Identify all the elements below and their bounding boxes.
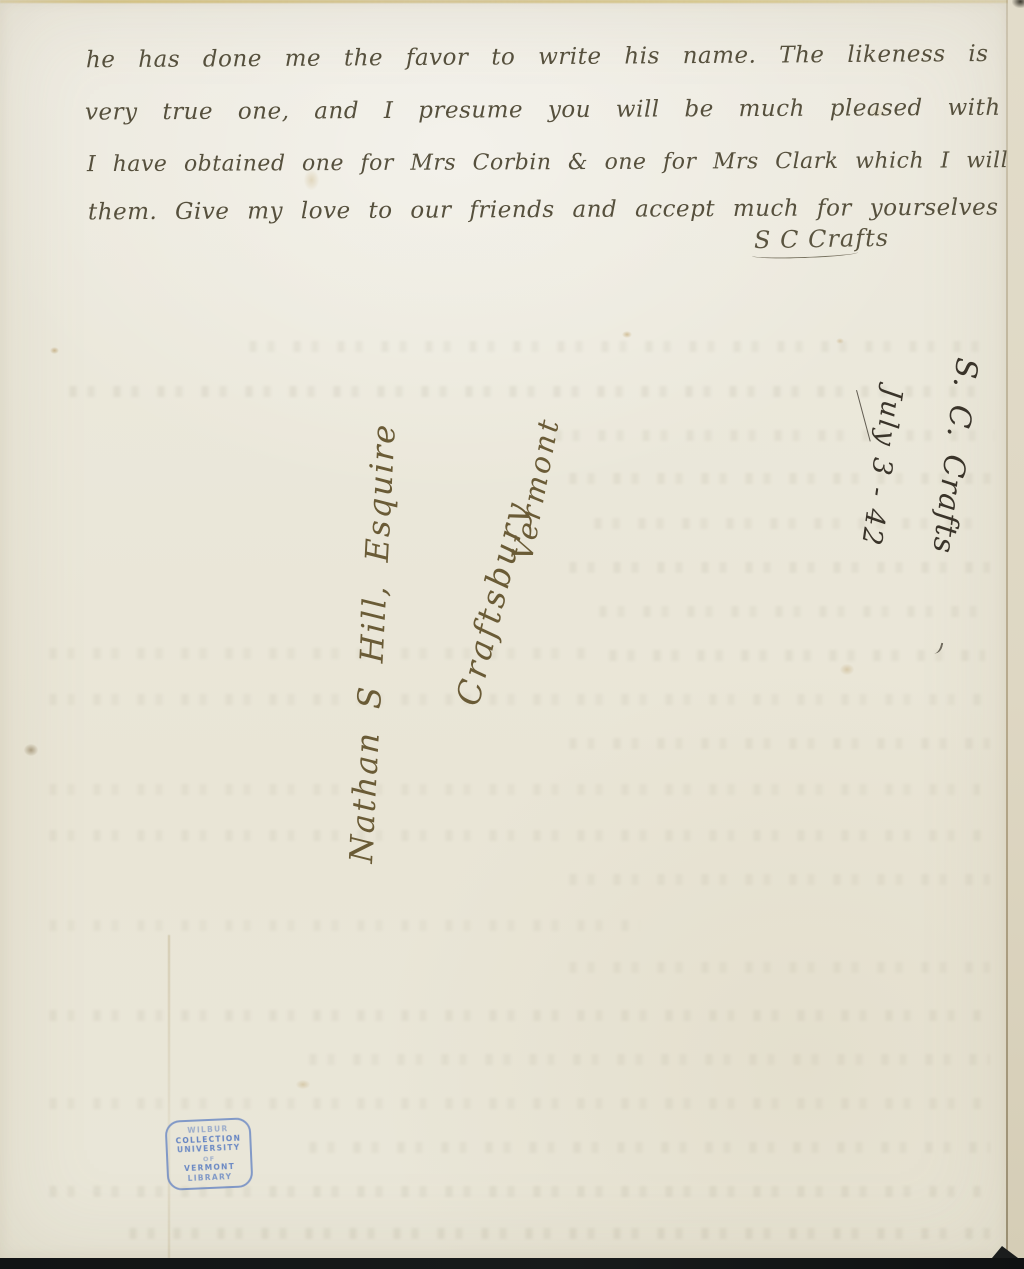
scan-corner-shadow bbox=[992, 1246, 1018, 1258]
paper-sheet: he has done me the favor to write his na… bbox=[0, 0, 1008, 1258]
scan-corner-speck bbox=[1012, 0, 1024, 8]
scan-background-bottom bbox=[0, 1258, 1024, 1269]
fold-crease-vertical bbox=[168, 935, 170, 1258]
scan-right-page-edge bbox=[1008, 0, 1024, 1258]
letter-scan-page: he has done me the favor to write his na… bbox=[0, 0, 1024, 1269]
address-recipient-line: Nathan S Hill, Esquire bbox=[342, 422, 403, 864]
paper-edge-line bbox=[1006, 0, 1008, 1258]
address-state-line: Vermont bbox=[505, 414, 566, 563]
letter-body-line-4: them. Give my love to our friends and ac… bbox=[88, 195, 999, 226]
fold-crease-lower bbox=[0, 0, 1008, 3]
letter-body-line-2: very true one, and I presume you will be… bbox=[85, 94, 1024, 125]
library-stamp: WILBUR COLLECTION UNIVERSITY OF VERMONT … bbox=[165, 1117, 254, 1191]
letter-body-line-1: he has done me the favor to write his na… bbox=[86, 41, 1024, 74]
letter-body-line-3: I have obtained one for Mrs Corbin & one… bbox=[87, 148, 1024, 177]
